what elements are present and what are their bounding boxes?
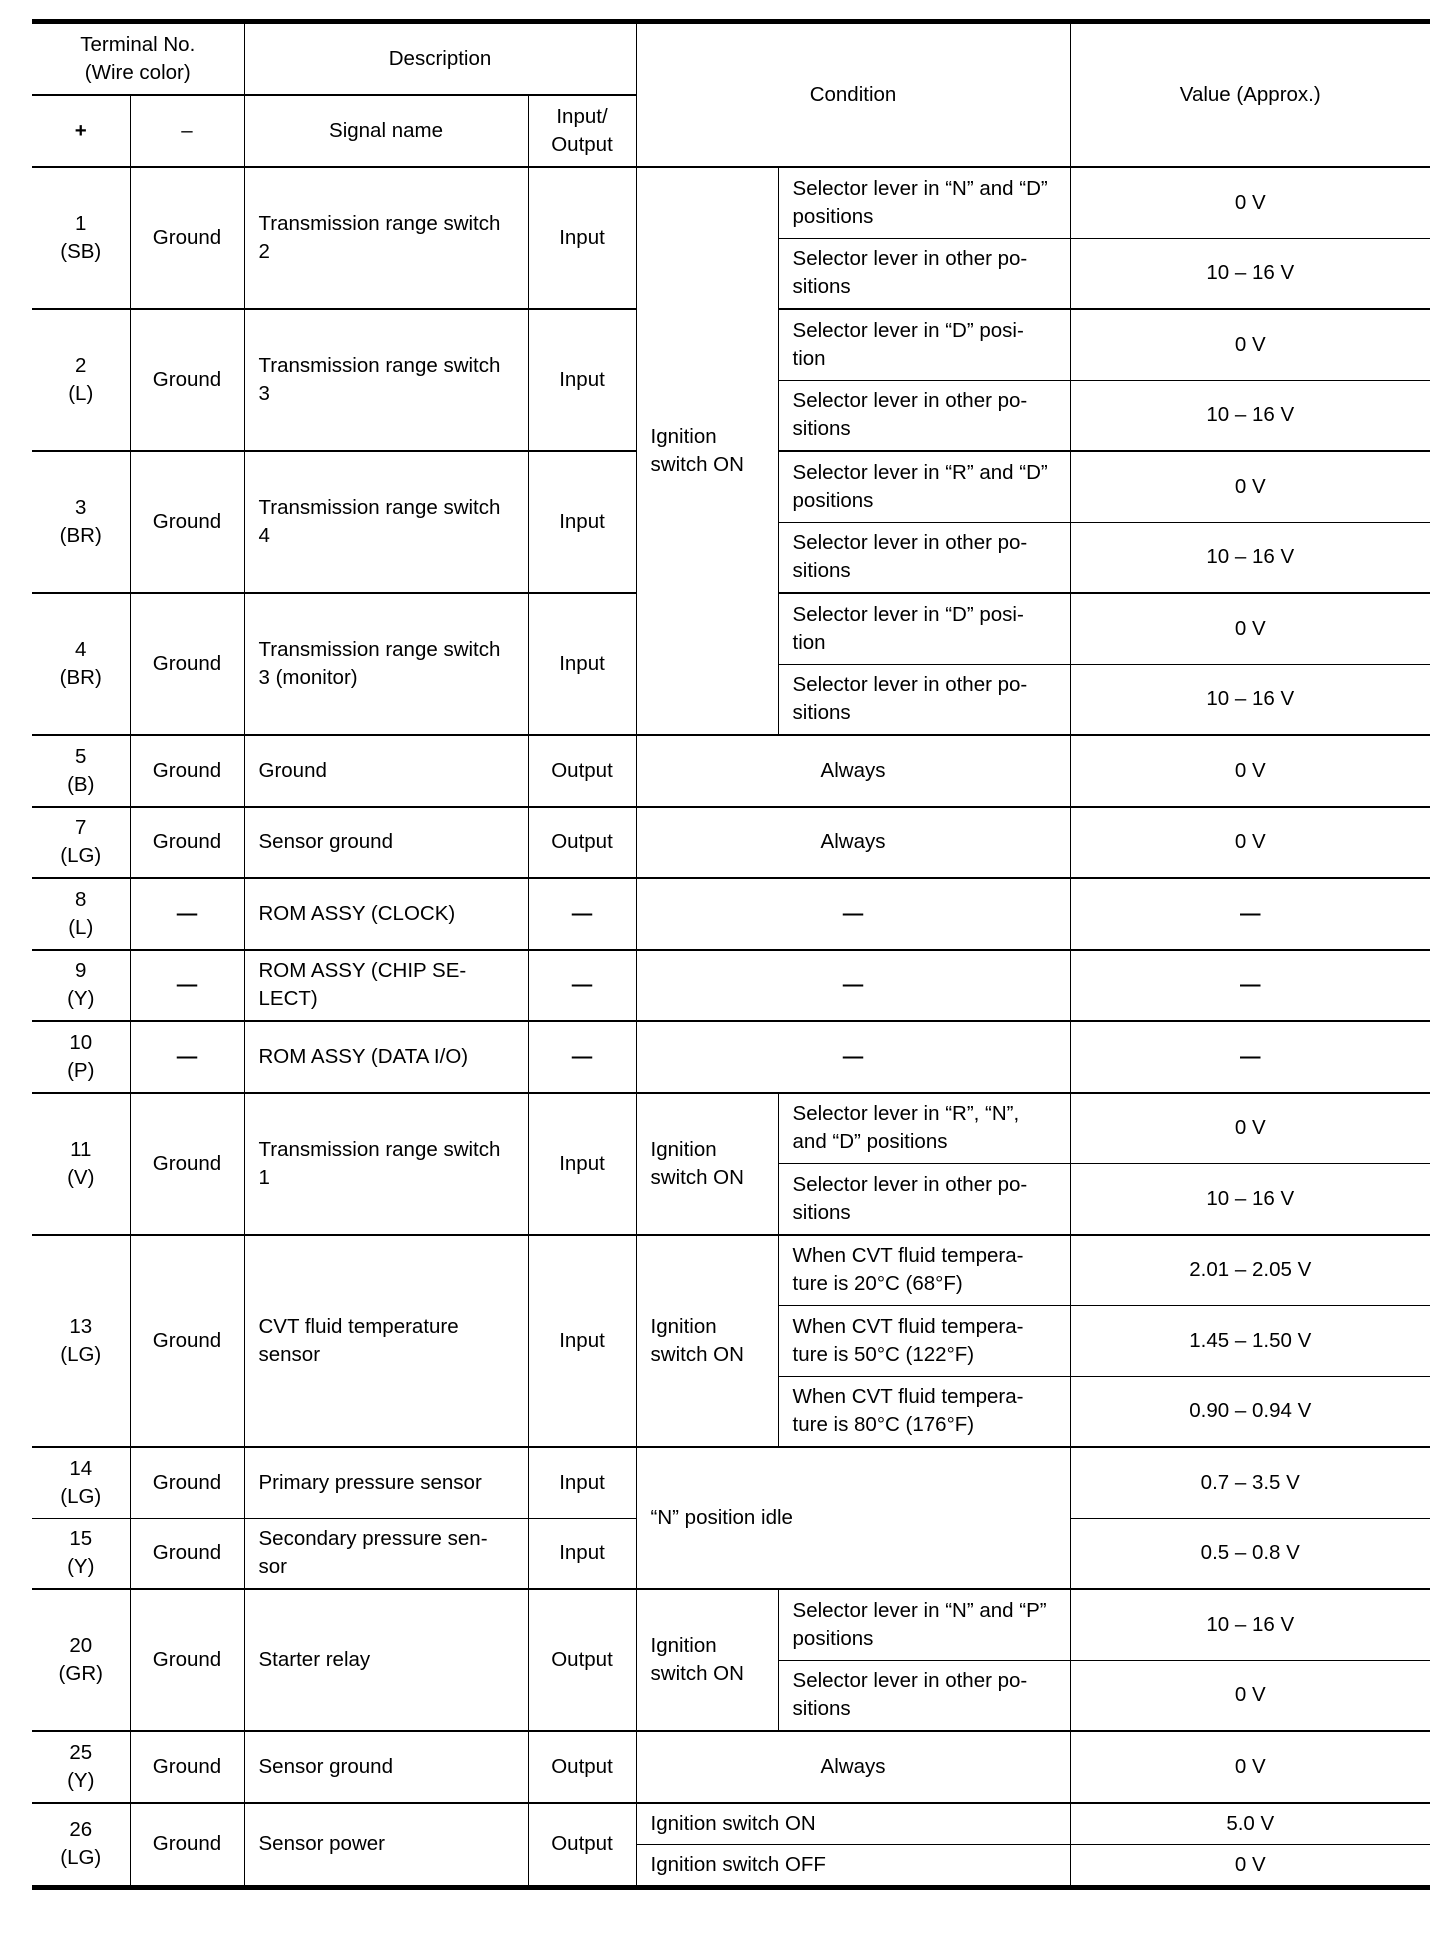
table-row: 7(LG)GroundSensor groundOutputAlways0 V (32, 807, 1430, 879)
negative-terminal: Ground (130, 1518, 244, 1589)
table-row: 13(LG)GroundCVT fluid temperature sensor… (32, 1235, 1430, 1306)
table-row: 11(V)GroundTransmission range switch 1In… (32, 1093, 1430, 1164)
condition: — (636, 1021, 1070, 1093)
negative-terminal: — (130, 950, 244, 1022)
sub-condition: Selector lever in “D” posi-tion (778, 309, 1070, 380)
signal-name: Primary pressure sensor (244, 1447, 528, 1518)
negative-terminal: Ground (130, 309, 244, 451)
signal-name: Sensor ground (244, 1731, 528, 1803)
input-output: Input (528, 167, 636, 309)
table-row: 1(SB)GroundTransmission range switch 2In… (32, 167, 1430, 238)
input-output: Input (528, 1447, 636, 1518)
terminal-number: 8(L) (32, 878, 130, 950)
signal-name: Transmission range switch 2 (244, 167, 528, 309)
terminal-number: 10(P) (32, 1021, 130, 1093)
sub-condition: Selector lever in other po-sitions (778, 1164, 1070, 1235)
value: 0 V (1070, 1731, 1430, 1803)
table-row: 5(B)GroundGroundOutputAlways0 V (32, 735, 1430, 807)
input-output: — (528, 878, 636, 950)
negative-terminal: Ground (130, 1447, 244, 1518)
header-terminal: Terminal No.(Wire color) (32, 22, 244, 96)
condition: “N” position idle (636, 1447, 1070, 1589)
value: 0 V (1070, 735, 1430, 807)
input-output: Output (528, 735, 636, 807)
sub-condition: Selector lever in “R” and “D” positions (778, 451, 1070, 522)
terminal-number: 25(Y) (32, 1731, 130, 1803)
value: 0 V (1070, 451, 1430, 522)
signal-name: ROM ASSY (CLOCK) (244, 878, 528, 950)
value: 10 – 16 V (1070, 664, 1430, 735)
signal-name: ROM ASSY (CHIP SE-LECT) (244, 950, 528, 1022)
input-output: — (528, 1021, 636, 1093)
value: 0 V (1070, 167, 1430, 238)
negative-terminal: Ground (130, 1093, 244, 1235)
terminal-number: 9(Y) (32, 950, 130, 1022)
terminal-table: Terminal No.(Wire color) Description Con… (32, 19, 1430, 1890)
sub-condition: When CVT fluid tempera-ture is 50°C (122… (778, 1306, 1070, 1377)
negative-terminal: Ground (130, 1589, 244, 1731)
value: 10 – 16 V (1070, 380, 1430, 451)
condition: Always (636, 1731, 1070, 1803)
header-description: Description (244, 22, 636, 96)
sub-condition: When CVT fluid tempera-ture is 80°C (176… (778, 1376, 1070, 1447)
negative-terminal: Ground (130, 167, 244, 309)
table-row: 10(P)—ROM ASSY (DATA I/O)——— (32, 1021, 1430, 1093)
negative-terminal: Ground (130, 593, 244, 735)
signal-name: Transmission range switch 1 (244, 1093, 528, 1235)
signal-name: Secondary pressure sen-sor (244, 1518, 528, 1589)
negative-terminal: Ground (130, 1803, 244, 1888)
sub-condition: When CVT fluid tempera-ture is 20°C (68°… (778, 1235, 1070, 1306)
header-condition: Condition (636, 22, 1070, 168)
value: 0.5 – 0.8 V (1070, 1518, 1430, 1589)
terminal-number: 20(GR) (32, 1589, 130, 1731)
value: 0 V (1070, 309, 1430, 380)
condition: Ignition switch ON (636, 167, 778, 735)
condition: Ignition switch ON (636, 1093, 778, 1235)
sub-condition: Selector lever in “D” posi-tion (778, 593, 1070, 664)
table-row: 14(LG)GroundPrimary pressure sensorInput… (32, 1447, 1430, 1518)
input-output: Output (528, 807, 636, 879)
table-row: 25(Y)GroundSensor groundOutputAlways0 V (32, 1731, 1430, 1803)
terminal-number: 2(L) (32, 309, 130, 451)
condition: — (636, 878, 1070, 950)
signal-name: Sensor power (244, 1803, 528, 1888)
sub-condition: Selector lever in other po-sitions (778, 664, 1070, 735)
negative-terminal: Ground (130, 807, 244, 879)
terminal-number: 5(B) (32, 735, 130, 807)
value: 10 – 16 V (1070, 1164, 1430, 1235)
value: 0 V (1070, 593, 1430, 664)
value: 0 V (1070, 1844, 1430, 1887)
sub-condition: Selector lever in “R”, “N”, and “D” posi… (778, 1093, 1070, 1164)
terminal-number: 15(Y) (32, 1518, 130, 1589)
input-output: — (528, 950, 636, 1022)
value: 1.45 – 1.50 V (1070, 1306, 1430, 1377)
value: 10 – 16 V (1070, 1589, 1430, 1660)
sub-condition: Selector lever in other po-sitions (778, 238, 1070, 309)
value: 0.90 – 0.94 V (1070, 1376, 1430, 1447)
value: 0 V (1070, 1660, 1430, 1731)
input-output: Input (528, 593, 636, 735)
value: 0 V (1070, 807, 1430, 879)
terminal-number: 13(LG) (32, 1235, 130, 1448)
value: 0 V (1070, 1093, 1430, 1164)
negative-terminal: Ground (130, 735, 244, 807)
value: — (1070, 950, 1430, 1022)
input-output: Output (528, 1803, 636, 1888)
terminal-number: 26(LG) (32, 1803, 130, 1888)
negative-terminal: Ground (130, 1731, 244, 1803)
sub-condition: Selector lever in “N” and “D” positions (778, 167, 1070, 238)
value: 10 – 16 V (1070, 522, 1430, 593)
condition: Ignition switch ON (636, 1235, 778, 1448)
negative-terminal: — (130, 878, 244, 950)
header-minus: – (130, 95, 244, 167)
input-output: Input (528, 1518, 636, 1589)
input-output: Input (528, 309, 636, 451)
table-row: 8(L)—ROM ASSY (CLOCK)——— (32, 878, 1430, 950)
signal-name: Starter relay (244, 1589, 528, 1731)
header-io: Input/Output (528, 95, 636, 167)
signal-name: Sensor ground (244, 807, 528, 879)
signal-name: Transmission range switch 3 (244, 309, 528, 451)
input-output: Output (528, 1731, 636, 1803)
value: 2.01 – 2.05 V (1070, 1235, 1430, 1306)
sub-condition: Selector lever in other po-sitions (778, 380, 1070, 451)
condition: Always (636, 735, 1070, 807)
terminal-number: 1(SB) (32, 167, 130, 309)
negative-terminal: Ground (130, 451, 244, 593)
condition: Ignition switch ON (636, 1803, 1070, 1845)
table-row: 26(LG)GroundSensor powerOutputIgnition s… (32, 1803, 1430, 1845)
terminal-number: 11(V) (32, 1093, 130, 1235)
signal-name: Transmission range switch 4 (244, 451, 528, 593)
header-plus: + (32, 95, 130, 167)
condition: Ignition switch OFF (636, 1844, 1070, 1887)
input-output: Output (528, 1589, 636, 1731)
signal-name: Ground (244, 735, 528, 807)
value: — (1070, 878, 1430, 950)
input-output: Input (528, 1235, 636, 1448)
terminal-number: 3(BR) (32, 451, 130, 593)
signal-name: Transmission range switch 3 (monitor) (244, 593, 528, 735)
terminal-number: 7(LG) (32, 807, 130, 879)
value: 10 – 16 V (1070, 238, 1430, 309)
terminal-number: 4(BR) (32, 593, 130, 735)
negative-terminal: — (130, 1021, 244, 1093)
terminal-number: 14(LG) (32, 1447, 130, 1518)
sub-condition: Selector lever in other po-sitions (778, 1660, 1070, 1731)
sub-condition: Selector lever in “N” and “P” positions (778, 1589, 1070, 1660)
condition: — (636, 950, 1070, 1022)
condition: Ignition switch ON (636, 1589, 778, 1731)
sub-condition: Selector lever in other po-sitions (778, 522, 1070, 593)
value: 5.0 V (1070, 1803, 1430, 1845)
negative-terminal: Ground (130, 1235, 244, 1448)
table-row: 20(GR)GroundStarter relayOutputIgnition … (32, 1589, 1430, 1660)
input-output: Input (528, 451, 636, 593)
signal-name: ROM ASSY (DATA I/O) (244, 1021, 528, 1093)
header-signal-name: Signal name (244, 95, 528, 167)
value: 0.7 – 3.5 V (1070, 1447, 1430, 1518)
table-body: 1(SB)GroundTransmission range switch 2In… (32, 167, 1430, 1887)
value: — (1070, 1021, 1430, 1093)
table-row: 9(Y)—ROM ASSY (CHIP SE-LECT)——— (32, 950, 1430, 1022)
condition: Always (636, 807, 1070, 879)
input-output: Input (528, 1093, 636, 1235)
header-value: Value (Approx.) (1070, 22, 1430, 168)
signal-name: CVT fluid temperature sensor (244, 1235, 528, 1448)
